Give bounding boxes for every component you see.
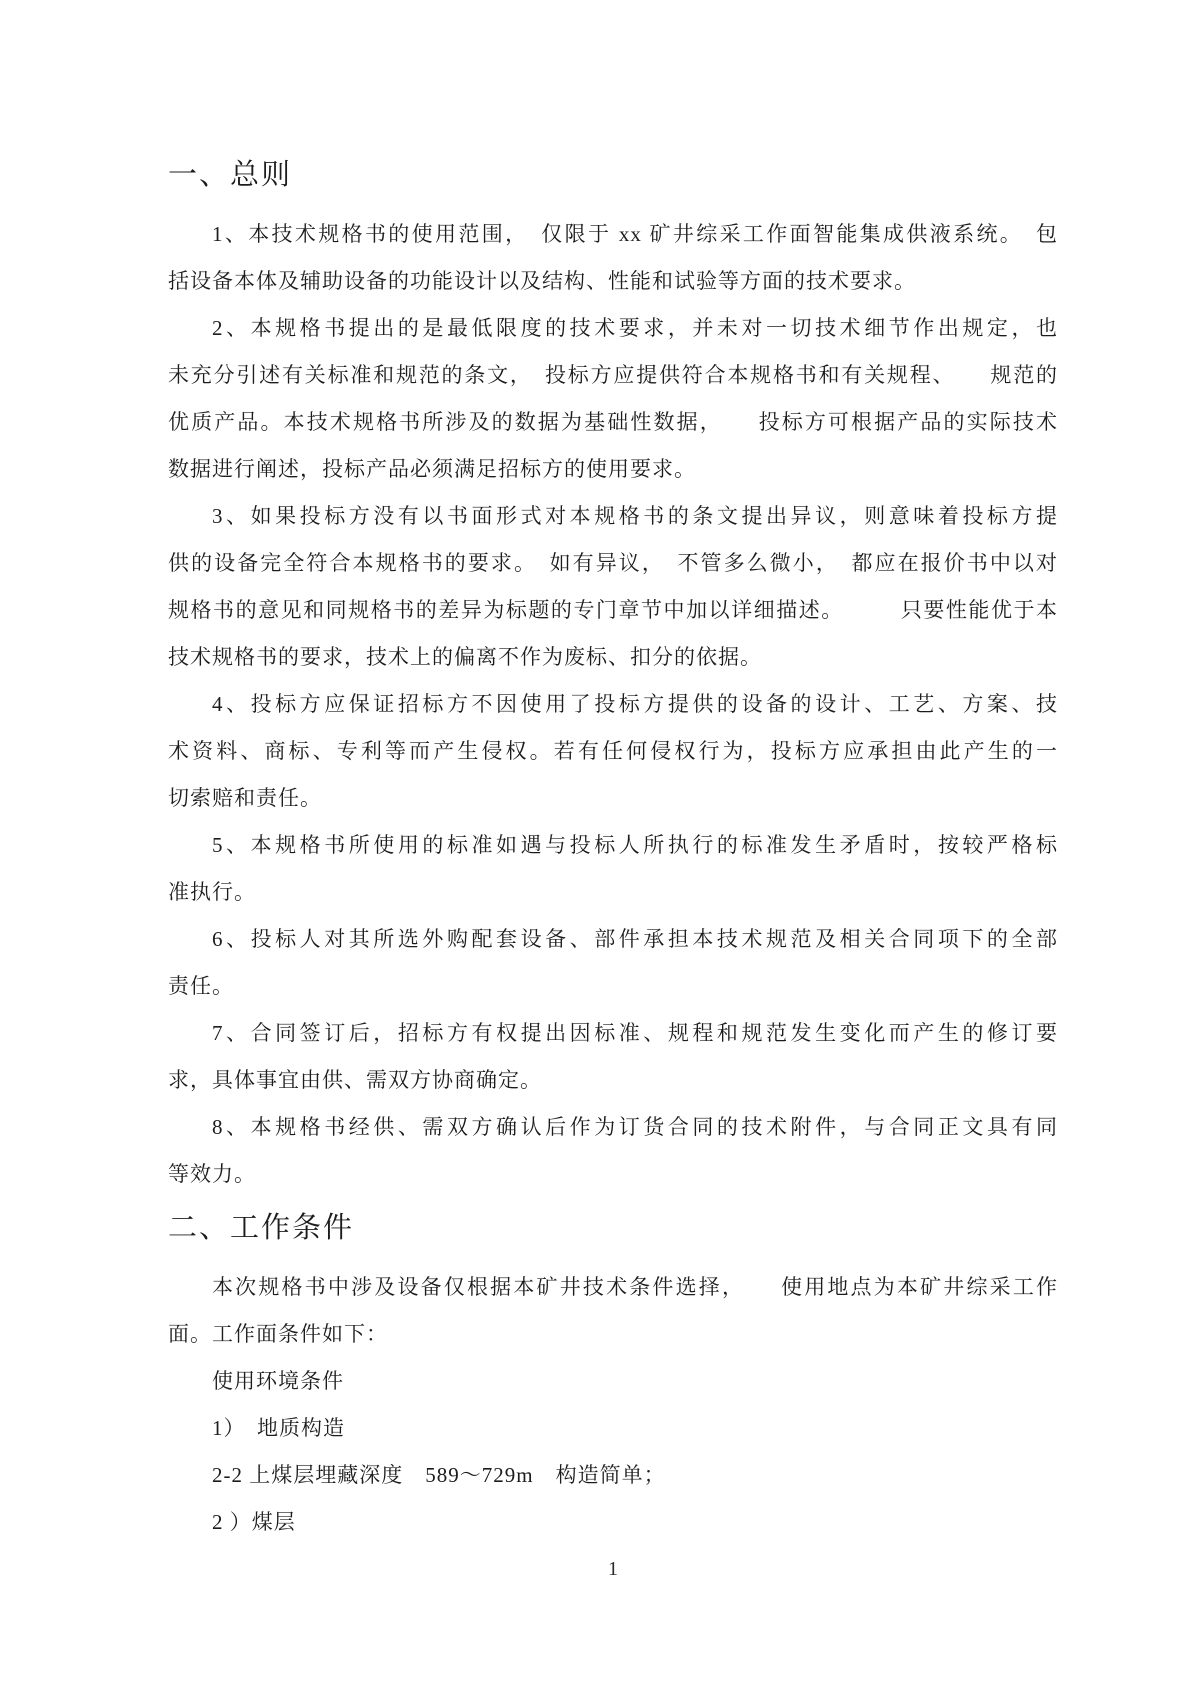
text-line: 7、合同签订后，招标方有权提出因标准、规程和规范发生变化而产生的修订要 [168,1010,1058,1057]
section-heading: 一、总则 [168,145,1058,206]
document-body: 一、总则1、本技术规格书的使用范围， 仅限于 xx 矿井综采工作面智能集成供液系… [168,145,1058,1593]
text-line: 5、本规格书所使用的标准如遇与投标人所执行的标准发生矛盾时，按较严格标 [168,822,1058,869]
text-line: 2 ）煤层 [168,1499,1058,1546]
text-line: 本次规格书中涉及设备仅根据本矿井技术条件选择， 使用地点为本矿井综采工作 [168,1264,1058,1311]
text-line: 1） 地质构造 [168,1405,1058,1452]
text-line: 数据进行阐述，投标产品必须满足招标方的使用要求。 [168,446,1058,493]
text-line: 责任。 [168,963,1058,1010]
text-line: 8、本规格书经供、需双方确认后作为订货合同的技术附件，与合同正文具有同 [168,1104,1058,1151]
text-line: 4、投标方应保证招标方不因使用了投标方提供的设备的设计、工艺、方案、技 [168,681,1058,728]
text-line: 3、如果投标方没有以书面形式对本规格书的条文提出异议，则意味着投标方提 [168,493,1058,540]
text-line: 括设备本体及辅助设备的功能设计以及结构、性能和试验等方面的技术要求。 [168,258,1058,305]
text-line: 切索赔和责任。 [168,775,1058,822]
text-line: 优质产品。本技术规格书所涉及的数据为基础性数据， 投标方可根据产品的实际技术 [168,399,1058,446]
document-page: 一、总则1、本技术规格书的使用范围， 仅限于 xx 矿井综采工作面智能集成供液系… [0,0,1195,1693]
text-line: 等效力。 [168,1151,1058,1198]
text-line: 使用环境条件 [168,1358,1058,1405]
text-line: 供的设备完全符合本规格书的要求。 如有异议， 不管多么微小， 都应在报价书中以对 [168,540,1058,587]
text-line: 求，具体事宜由供、需双方协商确定。 [168,1057,1058,1104]
page-footer: 1 [168,1546,1058,1593]
text-line: 技术规格书的要求，技术上的偏离不作为废标、扣分的依据。 [168,634,1058,681]
text-line: 术资料、商标、专利等而产生侵权。若有任何侵权行为，投标方应承担由此产生的一 [168,728,1058,775]
page-number: 1 [608,1558,618,1580]
text-line: 2-2 上煤层埋藏深度 589～729m 构造简单； [168,1452,1058,1499]
section-heading: 二、工作条件 [168,1198,1058,1259]
text-line: 未充分引述有关标准和规范的条文， 投标方应提供符合本规格书和有关规程、 规范的 [168,352,1058,399]
text-line: 1、本技术规格书的使用范围， 仅限于 xx 矿井综采工作面智能集成供液系统。 包 [168,211,1058,258]
text-line: 2、本规格书提出的是最低限度的技术要求，并未对一切技术细节作出规定，也 [168,305,1058,352]
text-line: 规格书的意见和同规格书的差异为标题的专门章节中加以详细描述。 只要性能优于本 [168,587,1058,634]
text-line: 准执行。 [168,869,1058,916]
text-line: 6、投标人对其所选外购配套设备、部件承担本技术规范及相关合同项下的全部 [168,916,1058,963]
text-line: 面。工作面条件如下： [168,1311,1058,1358]
